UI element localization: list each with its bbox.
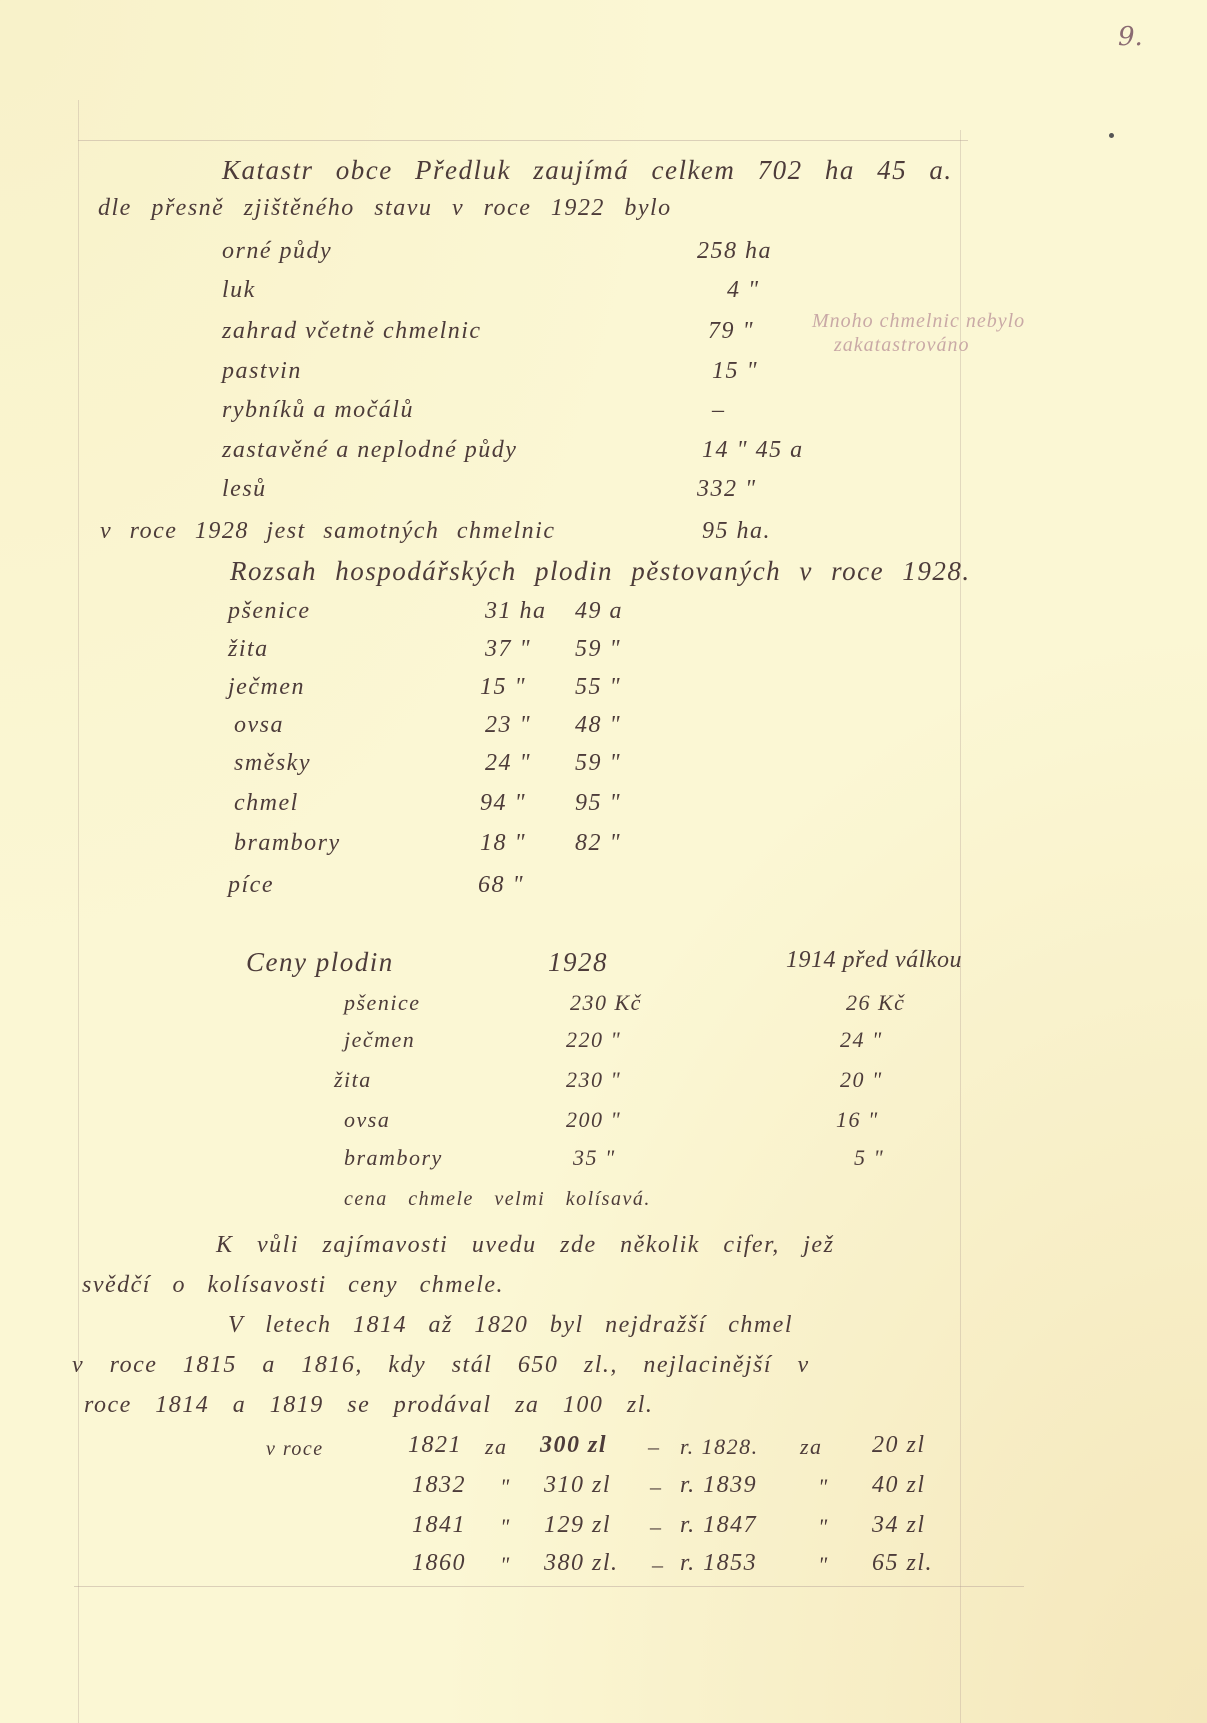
crop-label: brambory: [234, 830, 341, 857]
crop-a: 48 ": [575, 712, 621, 739]
cadastre-heading-line1: Katastr obce Předluk zaujímá celkem 702 …: [222, 155, 953, 186]
crop-label: pšenice: [228, 598, 310, 625]
hist-year-a: 1821: [408, 1432, 462, 1459]
price-1928: 230 Kč: [570, 990, 642, 1016]
hist-year-a: 1860: [412, 1550, 466, 1577]
margin-note-line1: Mnoho chmelnic nebylo: [812, 310, 1025, 333]
crop-label: směsky: [234, 750, 311, 777]
hist-dash: –: [650, 1474, 663, 1500]
crop-a: 95 ": [575, 790, 621, 817]
hist-price-b: 40 zl: [872, 1472, 926, 1499]
hist-year-b: r. 1853: [680, 1550, 757, 1577]
hops-price-note: cena chmele velmi kolísavá.: [344, 1188, 651, 1211]
price-label: žita: [334, 1067, 372, 1093]
crop-a: 59 ": [575, 636, 621, 663]
land-value-meadows: 4 ": [727, 277, 760, 304]
price-1928: 220 ": [566, 1027, 621, 1053]
margin-note-line2: zakatastrováno: [834, 334, 969, 357]
price-1914: 16 ": [836, 1107, 879, 1133]
hist-year-b: r. 1847: [680, 1512, 757, 1539]
history-para1-line2: svědčí o kolísavosti ceny chmele.: [82, 1272, 504, 1299]
hist-sep-a: ": [500, 1474, 511, 1500]
hist-price-a: 310 zl: [544, 1472, 611, 1499]
land-label-meadows: luk: [222, 277, 256, 304]
land-value-gardens: 79 ": [708, 318, 754, 345]
right-margin-line: [960, 130, 961, 1723]
history-para2-line1: V letech 1814 až 1820 byl nejdražší chme…: [228, 1312, 793, 1339]
cadastre-heading-line2: dle přesně zjištěného stavu v roce 1922 …: [98, 195, 672, 222]
crop-ha: 15 ": [480, 674, 526, 701]
hist-sep-b: ": [818, 1474, 829, 1500]
price-1914: 26 Kč: [846, 990, 905, 1016]
crop-ha: 23 ": [485, 712, 531, 739]
page-number: 9.: [1118, 22, 1143, 52]
hist-dash: –: [648, 1434, 661, 1460]
hist-year-b: r. 1839: [680, 1472, 757, 1499]
land-label-ponds: rybníků a močálů: [222, 397, 414, 424]
crop-a: 59 ": [575, 750, 621, 777]
crops-heading: Rozsah hospodářských plodin pěstovaných …: [230, 556, 971, 587]
hist-year-b: r. 1828.: [680, 1434, 759, 1460]
land-value-pastures: 15 ": [712, 358, 758, 385]
hist-price-a: 129 zl: [544, 1512, 611, 1539]
hist-sep-a: ": [500, 1514, 511, 1540]
land-label-forests: lesů: [222, 476, 267, 503]
history-para2-line3: roce 1814 a 1819 se prodával za 100 zl.: [84, 1392, 653, 1419]
crop-a: 55 ": [575, 674, 621, 701]
crop-a: 82 ": [575, 830, 621, 857]
crop-ha: 18 ": [480, 830, 526, 857]
crop-label: píce: [228, 872, 274, 899]
hist-sep-a: za: [485, 1434, 508, 1460]
price-1928: 35 ": [573, 1145, 616, 1171]
hist-price-b: 65 zl.: [872, 1550, 933, 1577]
land-label-arable: orné půdy: [222, 238, 332, 265]
price-1914: 5 ": [854, 1145, 884, 1171]
hist-dash: –: [650, 1514, 663, 1540]
bottom-rule-line: [74, 1586, 1024, 1587]
price-label: ječmen: [344, 1027, 415, 1053]
land-value-forests: 332 ": [697, 476, 757, 503]
crop-ha: 24 ": [485, 750, 531, 777]
crop-ha: 68 ": [478, 872, 524, 899]
crop-ha: 37 ": [485, 636, 531, 663]
crop-ha: 31 ha: [485, 598, 547, 625]
price-1914: 24 ": [840, 1027, 883, 1053]
hops-1928-label: v roce 1928 jest samotných chmelnic: [100, 518, 556, 545]
land-label-gardens: zahrad včetně chmelnic: [222, 318, 482, 345]
price-1928: 200 ": [566, 1107, 621, 1133]
hist-year-a: 1841: [412, 1512, 466, 1539]
price-1928: 230 ": [566, 1067, 621, 1093]
top-rule-line: [78, 140, 968, 141]
prices-col-1928: 1928: [548, 947, 608, 978]
crop-label: ovsa: [234, 712, 284, 739]
hist-sep-a: ": [500, 1552, 511, 1578]
hist-dash: –: [652, 1552, 665, 1578]
land-value-arable: 258 ha: [697, 238, 772, 265]
price-label: ovsa: [344, 1107, 390, 1133]
ink-speck: [1109, 133, 1114, 138]
crop-label: chmel: [234, 790, 299, 817]
history-para2-line2: v roce 1815 a 1816, kdy stál 650 zl., ne…: [72, 1352, 810, 1379]
price-label: pšenice: [344, 990, 420, 1016]
prices-heading: Ceny plodin: [246, 947, 394, 978]
hist-price-b: 20 zl: [872, 1432, 926, 1459]
history-para1-line1: K vůli zajímavosti uvedu zde několik cif…: [216, 1232, 834, 1259]
hist-year-a: 1832: [412, 1472, 466, 1499]
left-margin-line: [78, 100, 79, 1723]
hist-price-a: 380 zl.: [544, 1550, 619, 1577]
land-value-built: 14 " 45 a: [702, 437, 804, 464]
crop-a: 49 a: [575, 598, 623, 625]
prices-col-1914: 1914 před válkou: [786, 947, 962, 974]
land-label-built: zastavěné a neplodné půdy: [222, 437, 517, 464]
hist-sep-b: ": [818, 1552, 829, 1578]
hist-price-a: 300 zl: [540, 1432, 607, 1459]
crop-label: ječmen: [228, 674, 305, 701]
price-label: brambory: [344, 1145, 443, 1171]
hist-price-b: 34 zl: [872, 1512, 926, 1539]
hist-sep-b: ": [818, 1514, 829, 1540]
price-1914: 20 ": [840, 1067, 883, 1093]
land-value-ponds: –: [712, 397, 726, 424]
hist-sep-b: za: [800, 1434, 823, 1460]
land-label-pastures: pastvin: [222, 358, 302, 385]
hops-1928-value: 95 ha.: [702, 518, 771, 545]
history-prefix: v roce: [266, 1438, 324, 1461]
crop-label: žita: [228, 636, 269, 663]
crop-ha: 94 ": [480, 790, 526, 817]
